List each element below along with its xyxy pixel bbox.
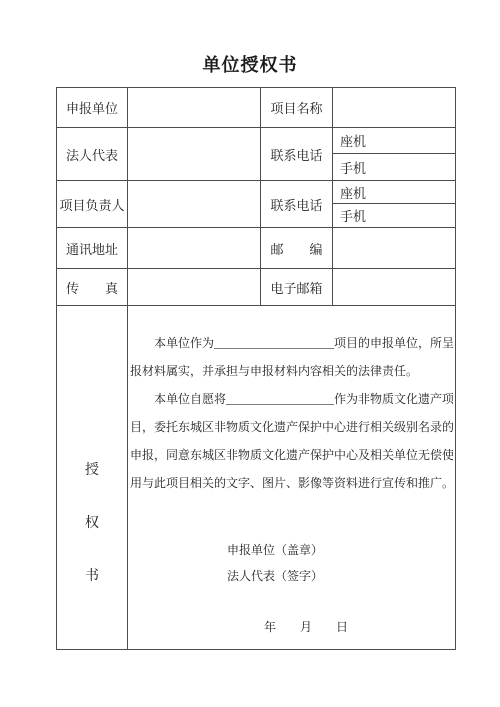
authorization-body-cell: 本单位作为____________________项目的申报单位，所呈 报材料属… xyxy=(128,306,456,650)
authorization-char: 权 xyxy=(85,517,99,531)
authorization-char: 书 xyxy=(85,570,99,584)
table-row: 通讯地址 邮 编 xyxy=(57,228,456,269)
fax-value-cell xyxy=(128,269,261,306)
authorization-char: 授 xyxy=(85,464,99,478)
email-value-cell xyxy=(333,269,456,306)
date-line: 年 月 日 xyxy=(264,613,453,641)
applicant-unit-value-cell xyxy=(128,88,261,128)
email-label: 电子邮箱 xyxy=(261,269,333,306)
authorization-body-line: 用与此项目相关的文字、图片、影像等资料进行宣传和推广。 xyxy=(130,469,453,497)
mobile-label: 手机 xyxy=(333,154,456,181)
landline-label: 座机 xyxy=(333,181,456,204)
project-leader-label: 项目负责人 xyxy=(57,181,128,228)
postal-code-label: 邮 编 xyxy=(261,228,333,269)
signature-line-seal: 申报单位（盖章） xyxy=(227,537,453,563)
mailing-address-label: 通讯地址 xyxy=(57,228,128,269)
project-name-label: 项目名称 xyxy=(261,88,333,128)
authorization-side-label-cell: 授 权 书 xyxy=(57,306,128,650)
contact-phone-label: 联系电话 xyxy=(261,181,333,228)
authorization-body-line: 本单位自愿将__________________作为非物质文化遗产项 xyxy=(130,385,453,413)
contact-phone-label: 联系电话 xyxy=(261,128,333,181)
project-leader-value-cell xyxy=(128,181,261,228)
project-name-value-cell xyxy=(333,88,456,128)
signature-block: 申报单位（盖章） 法人代表（签字） xyxy=(227,537,453,589)
table-row: 法人代表 联系电话 座机 xyxy=(57,128,456,154)
document-page: 单位授权书 申报单位 项目名称 法人代表 联系电话 座机 手机 项目负责人 xyxy=(0,0,500,707)
page-title: 单位授权书 xyxy=(0,51,500,77)
fax-label: 传 真 xyxy=(57,269,128,306)
legal-representative-value-cell xyxy=(128,128,261,181)
table-row: 传 真 电子邮箱 xyxy=(57,269,456,306)
authorization-body-line: 报材料属实，并承担与申报材料内容相关的法律责任。 xyxy=(130,357,453,385)
postal-code-value-cell xyxy=(333,228,456,269)
legal-representative-label: 法人代表 xyxy=(57,128,128,181)
authorization-body-line: 本单位作为____________________项目的申报单位，所呈 xyxy=(130,329,453,357)
landline-label: 座机 xyxy=(333,128,456,154)
mobile-label: 手机 xyxy=(333,204,456,228)
mailing-address-value-cell xyxy=(128,228,261,269)
applicant-unit-label: 申报单位 xyxy=(57,88,128,128)
signature-line-sign: 法人代表（签字） xyxy=(227,563,453,589)
table-row: 申报单位 项目名称 xyxy=(57,88,456,128)
authorization-body-line: 申报，同意东城区非物质文化遗产保护中心及相关单位无偿使 xyxy=(130,441,453,469)
authorization-row: 授 权 书 本单位作为____________________项目的申报单位，所… xyxy=(57,306,456,650)
authorization-form-table: 申报单位 项目名称 法人代表 联系电话 座机 手机 项目负责人 联系电话 座机 … xyxy=(56,87,456,650)
authorization-side-label: 授 权 书 xyxy=(57,332,127,623)
table-row: 项目负责人 联系电话 座机 xyxy=(57,181,456,204)
authorization-body-line: 目，委托东城区非物质文化遗产保护中心进行相关级别名录的 xyxy=(130,413,453,441)
